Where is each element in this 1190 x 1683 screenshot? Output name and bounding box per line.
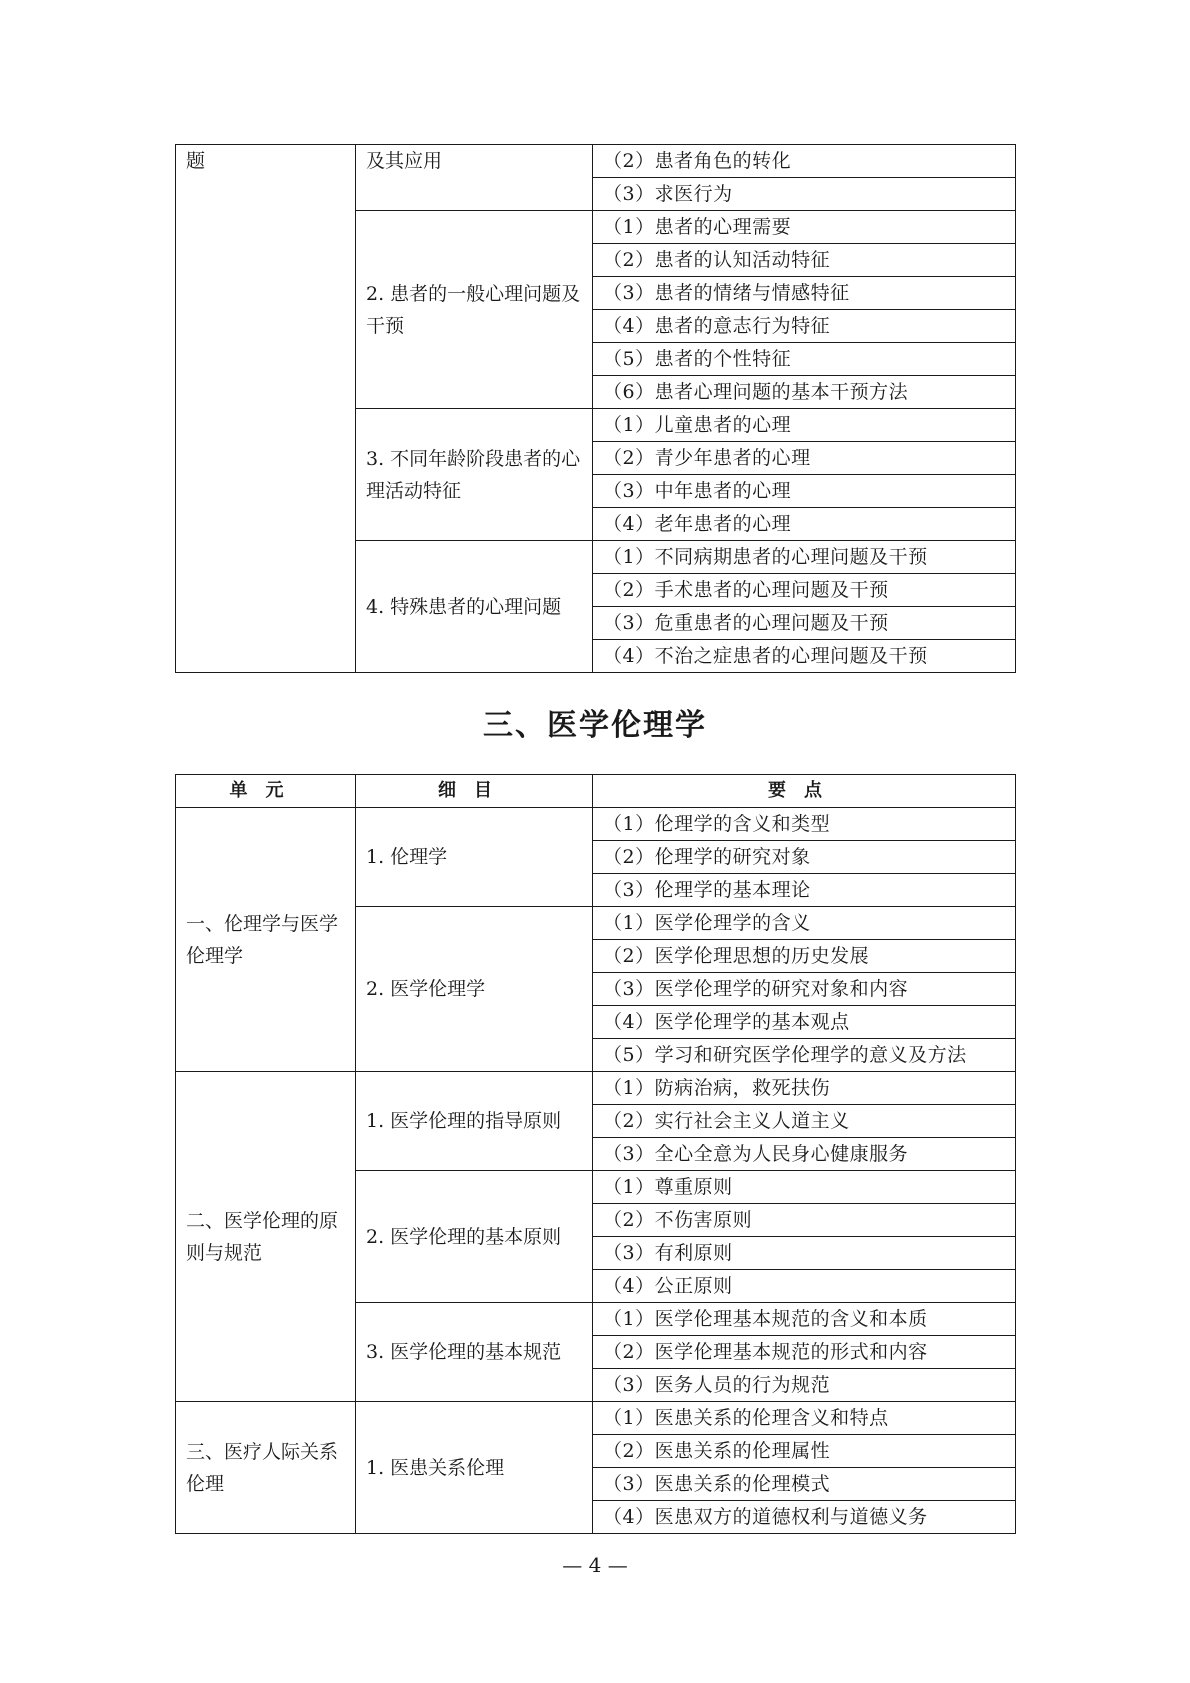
point-cell: （2）患者角色的转化: [593, 145, 1016, 178]
subitem-cell: 3. 医学伦理的基本规范: [356, 1303, 593, 1402]
point-cell: （1）患者的心理需要: [593, 211, 1016, 244]
point-cell: （2）不伤害原则: [593, 1204, 1016, 1237]
point-cell: （3）中年患者的心理: [593, 475, 1016, 508]
table-row: 二、医学伦理的原则与规范1. 医学伦理的指导原则（1）防病治病，救死扶伤: [176, 1072, 1016, 1105]
point-cell: （2）手术患者的心理问题及干预: [593, 574, 1016, 607]
section-title: 三、医学伦理学: [0, 700, 1190, 744]
point-cell: （1）不同病期患者的心理问题及干预: [593, 541, 1016, 574]
point-cell: （1）医学伦理基本规范的含义和本质: [593, 1303, 1016, 1336]
point-cell: （5）学习和研究医学伦理学的意义及方法: [593, 1039, 1016, 1072]
point-cell: （3）医患关系的伦理模式: [593, 1468, 1016, 1501]
subitem-cell: 2. 医学伦理学: [356, 907, 593, 1072]
point-cell: （1）防病治病，救死扶伤: [593, 1072, 1016, 1105]
point-cell: （4）不治之症患者的心理问题及干预: [593, 640, 1016, 673]
point-cell: （5）患者的个性特征: [593, 343, 1016, 376]
point-cell: （2）医患关系的伦理属性: [593, 1435, 1016, 1468]
unit-cell: 三、医疗人际关系伦理: [176, 1402, 356, 1534]
continued-syllabus-table: 题及其应用（2）患者角色的转化（3）求医行为2. 患者的一般心理问题及干预（1）…: [175, 144, 1016, 673]
point-cell: （1）医患关系的伦理含义和特点: [593, 1402, 1016, 1435]
point-cell: （1）伦理学的含义和类型: [593, 808, 1016, 841]
point-cell: （3）伦理学的基本理论: [593, 874, 1016, 907]
point-cell: （4）医学伦理学的基本观点: [593, 1006, 1016, 1039]
subitem-cell: 2. 患者的一般心理问题及干预: [356, 211, 593, 409]
table-body: 一、伦理学与医学伦理学1. 伦理学（1）伦理学的含义和类型（2）伦理学的研究对象…: [176, 808, 1016, 1534]
point-cell: （3）危重患者的心理问题及干预: [593, 607, 1016, 640]
table-row: 三、医疗人际关系伦理1. 医患关系伦理（1）医患关系的伦理含义和特点: [176, 1402, 1016, 1435]
point-cell: （2）青少年患者的心理: [593, 442, 1016, 475]
header-unit: 单元: [176, 775, 356, 808]
subitem-cell: 1. 伦理学: [356, 808, 593, 907]
unit-cell: 一、伦理学与医学伦理学: [176, 808, 356, 1072]
point-cell: （4）患者的意志行为特征: [593, 310, 1016, 343]
table-header-row: 单元 细目 要点: [176, 775, 1016, 808]
point-cell: （2）实行社会主义人道主义: [593, 1105, 1016, 1138]
point-cell: （3）求医行为: [593, 178, 1016, 211]
point-cell: （1）尊重原则: [593, 1171, 1016, 1204]
point-cell: （3）医学伦理学的研究对象和内容: [593, 973, 1016, 1006]
page-number: — 4 —: [0, 1553, 1190, 1577]
subitem-cell: 1. 医患关系伦理: [356, 1402, 593, 1534]
header-subitem: 细目: [356, 775, 593, 808]
point-cell: （2）医学伦理基本规范的形式和内容: [593, 1336, 1016, 1369]
subitem-cell: 4. 特殊患者的心理问题: [356, 541, 593, 673]
point-cell: （6）患者心理问题的基本干预方法: [593, 376, 1016, 409]
unit-cell: 题: [176, 145, 356, 673]
table-row: 一、伦理学与医学伦理学1. 伦理学（1）伦理学的含义和类型: [176, 808, 1016, 841]
subitem-cell: 及其应用: [356, 145, 593, 211]
table-body: 题及其应用（2）患者角色的转化（3）求医行为2. 患者的一般心理问题及干预（1）…: [176, 145, 1016, 673]
subitem-cell: 3. 不同年龄阶段患者的心理活动特征: [356, 409, 593, 541]
point-cell: （2）伦理学的研究对象: [593, 841, 1016, 874]
point-cell: （4）老年患者的心理: [593, 508, 1016, 541]
point-cell: （4）公正原则: [593, 1270, 1016, 1303]
point-cell: （1）医学伦理学的含义: [593, 907, 1016, 940]
point-cell: （1）儿童患者的心理: [593, 409, 1016, 442]
point-cell: （4）医患双方的道德权利与道德义务: [593, 1501, 1016, 1534]
medical-ethics-syllabus-table: 单元 细目 要点 一、伦理学与医学伦理学1. 伦理学（1）伦理学的含义和类型（2…: [175, 774, 1016, 1534]
point-cell: （3）患者的情绪与情感特征: [593, 277, 1016, 310]
point-cell: （3）有利原则: [593, 1237, 1016, 1270]
point-cell: （2）患者的认知活动特征: [593, 244, 1016, 277]
header-points: 要点: [593, 775, 1016, 808]
point-cell: （3）全心全意为人民身心健康服务: [593, 1138, 1016, 1171]
subitem-cell: 2. 医学伦理的基本原则: [356, 1171, 593, 1303]
point-cell: （3）医务人员的行为规范: [593, 1369, 1016, 1402]
unit-cell: 二、医学伦理的原则与规范: [176, 1072, 356, 1402]
subitem-cell: 1. 医学伦理的指导原则: [356, 1072, 593, 1171]
table-row: 题及其应用（2）患者角色的转化: [176, 145, 1016, 178]
point-cell: （2）医学伦理思想的历史发展: [593, 940, 1016, 973]
